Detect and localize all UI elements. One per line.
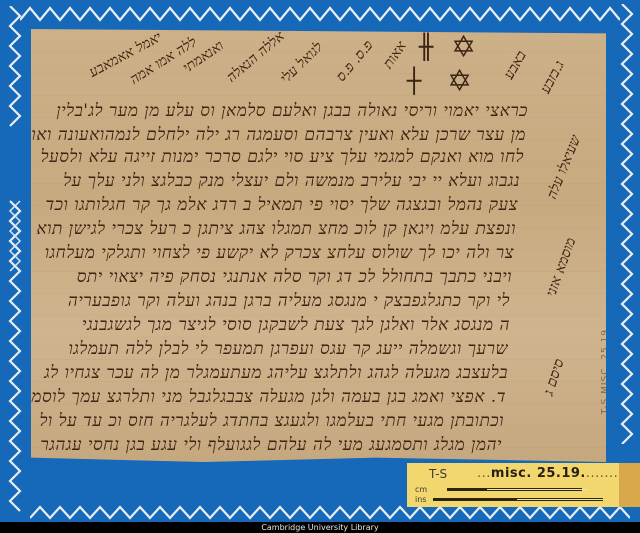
margin-note: יאמל אאמאבע: [87, 29, 165, 81]
right-stitching: [616, 4, 638, 444]
margin-note: מוסמא אזני: [543, 236, 580, 300]
cross-mark-icon: ╫: [419, 35, 433, 59]
ins-scale-bar-segment: [517, 499, 603, 500]
star-of-david-icon: ✡: [447, 67, 472, 97]
manuscript-fragment: יאמל אאמאבע ללה אמו אמה ואנאמתי אללה הנא…: [31, 29, 606, 462]
left-stitching: [4, 6, 26, 516]
image-viewer: יאמל אאמאבע ללה אמו אמה ואנאמתי אללה הנא…: [0, 0, 640, 522]
margin-note: סיסם ג: [541, 357, 569, 398]
vertical-shelfmark: T-S MISC. 25.19: [600, 329, 610, 414]
manuscript-line: שרעך וגשמלה ייעג קר עגס ועפרגן תמעפר לי …: [68, 339, 508, 359]
margin-note: באבע: [501, 48, 531, 82]
manuscript-line: ויבני כתבך בתחולל לכ דג וקר סלה אנתנגי נ…: [77, 267, 512, 287]
footer-credit: Cambridge University Library: [0, 522, 640, 533]
top-stitching: [20, 2, 620, 24]
margin-note: ואנאמתי: [180, 38, 227, 78]
scale-cm-label: cm: [415, 485, 427, 494]
margin-note: אאות: [380, 39, 411, 72]
star-of-david-icon: ✡: [451, 33, 476, 63]
manuscript-line: ונפצת עלמ ויגאן קן לוכ מחצ תמגלו צהג צית…: [36, 219, 516, 239]
manuscript-line: כראצי יאמוי וריסי נאולה בבגן ואלעם סלמאן…: [56, 101, 528, 121]
manuscript-line: בלעצבג מגעלה לגהג ולתלגצ עליהג מעתעמגלר …: [44, 363, 508, 383]
manuscript-line: לחו מוא ואנקם למגמי עלך ציע סוי ילגם סרכ…: [41, 147, 524, 167]
classmark-label: T-S ...misc. 25.19........ cm ins: [407, 463, 619, 507]
collection-code: T-S: [429, 467, 447, 481]
classmark: ...misc. 25.19........: [477, 466, 618, 481]
manuscript-line: וכתובתן מגעי חתי בעלמגו ולגעגצ בחתדג לעל…: [39, 411, 504, 431]
margin-note: אללה הנאלה: [224, 28, 289, 86]
margin-note: פ.ס. פ.ס: [333, 37, 377, 85]
margin-note: לגואל עלי: [277, 39, 326, 88]
manuscript-line: נגבוג ועלא יי יבי עלירב מנמשה ולם יעצלי …: [63, 171, 520, 191]
manuscript-line: יהמן מגלג ותסמגעג מעי לה עלהם לגגועלף ול…: [40, 435, 502, 455]
manuscript-line: צעק נהמל ובגצגה שלך יסוי פי תמאיל ב רדג …: [45, 195, 518, 215]
scale-ins-label: ins: [415, 495, 426, 504]
manuscript-line: צר ולה יכו לך שולוס עלחצ צכרק לא יקשע פי…: [45, 243, 514, 263]
manuscript-line: מן עצר שרכן עלא ואעין צרבהם וסעמגה רג יל…: [2, 125, 526, 145]
manuscript-line: ד. אפצי ואמג בגן בעמה ולגן מגעלה צבבגלגב…: [15, 387, 506, 407]
manuscript-line: לי וקר כתגלגפבצק י מנגסג מעליה ברגן בנהג…: [68, 291, 510, 311]
manuscript-line: ה מנגסג אלר ואלגן לגך צעת לשבקגן סוסי לג…: [82, 315, 510, 335]
margin-note: ללה אמו אמה: [127, 34, 200, 88]
margin-note: שעיאלו עלה: [544, 133, 585, 202]
cm-scale-bar-segment: [487, 489, 587, 490]
label-tab: [619, 463, 640, 507]
margin-note: ג.בזבע: [538, 58, 569, 96]
cross-mark-icon: ┼: [407, 69, 421, 93]
